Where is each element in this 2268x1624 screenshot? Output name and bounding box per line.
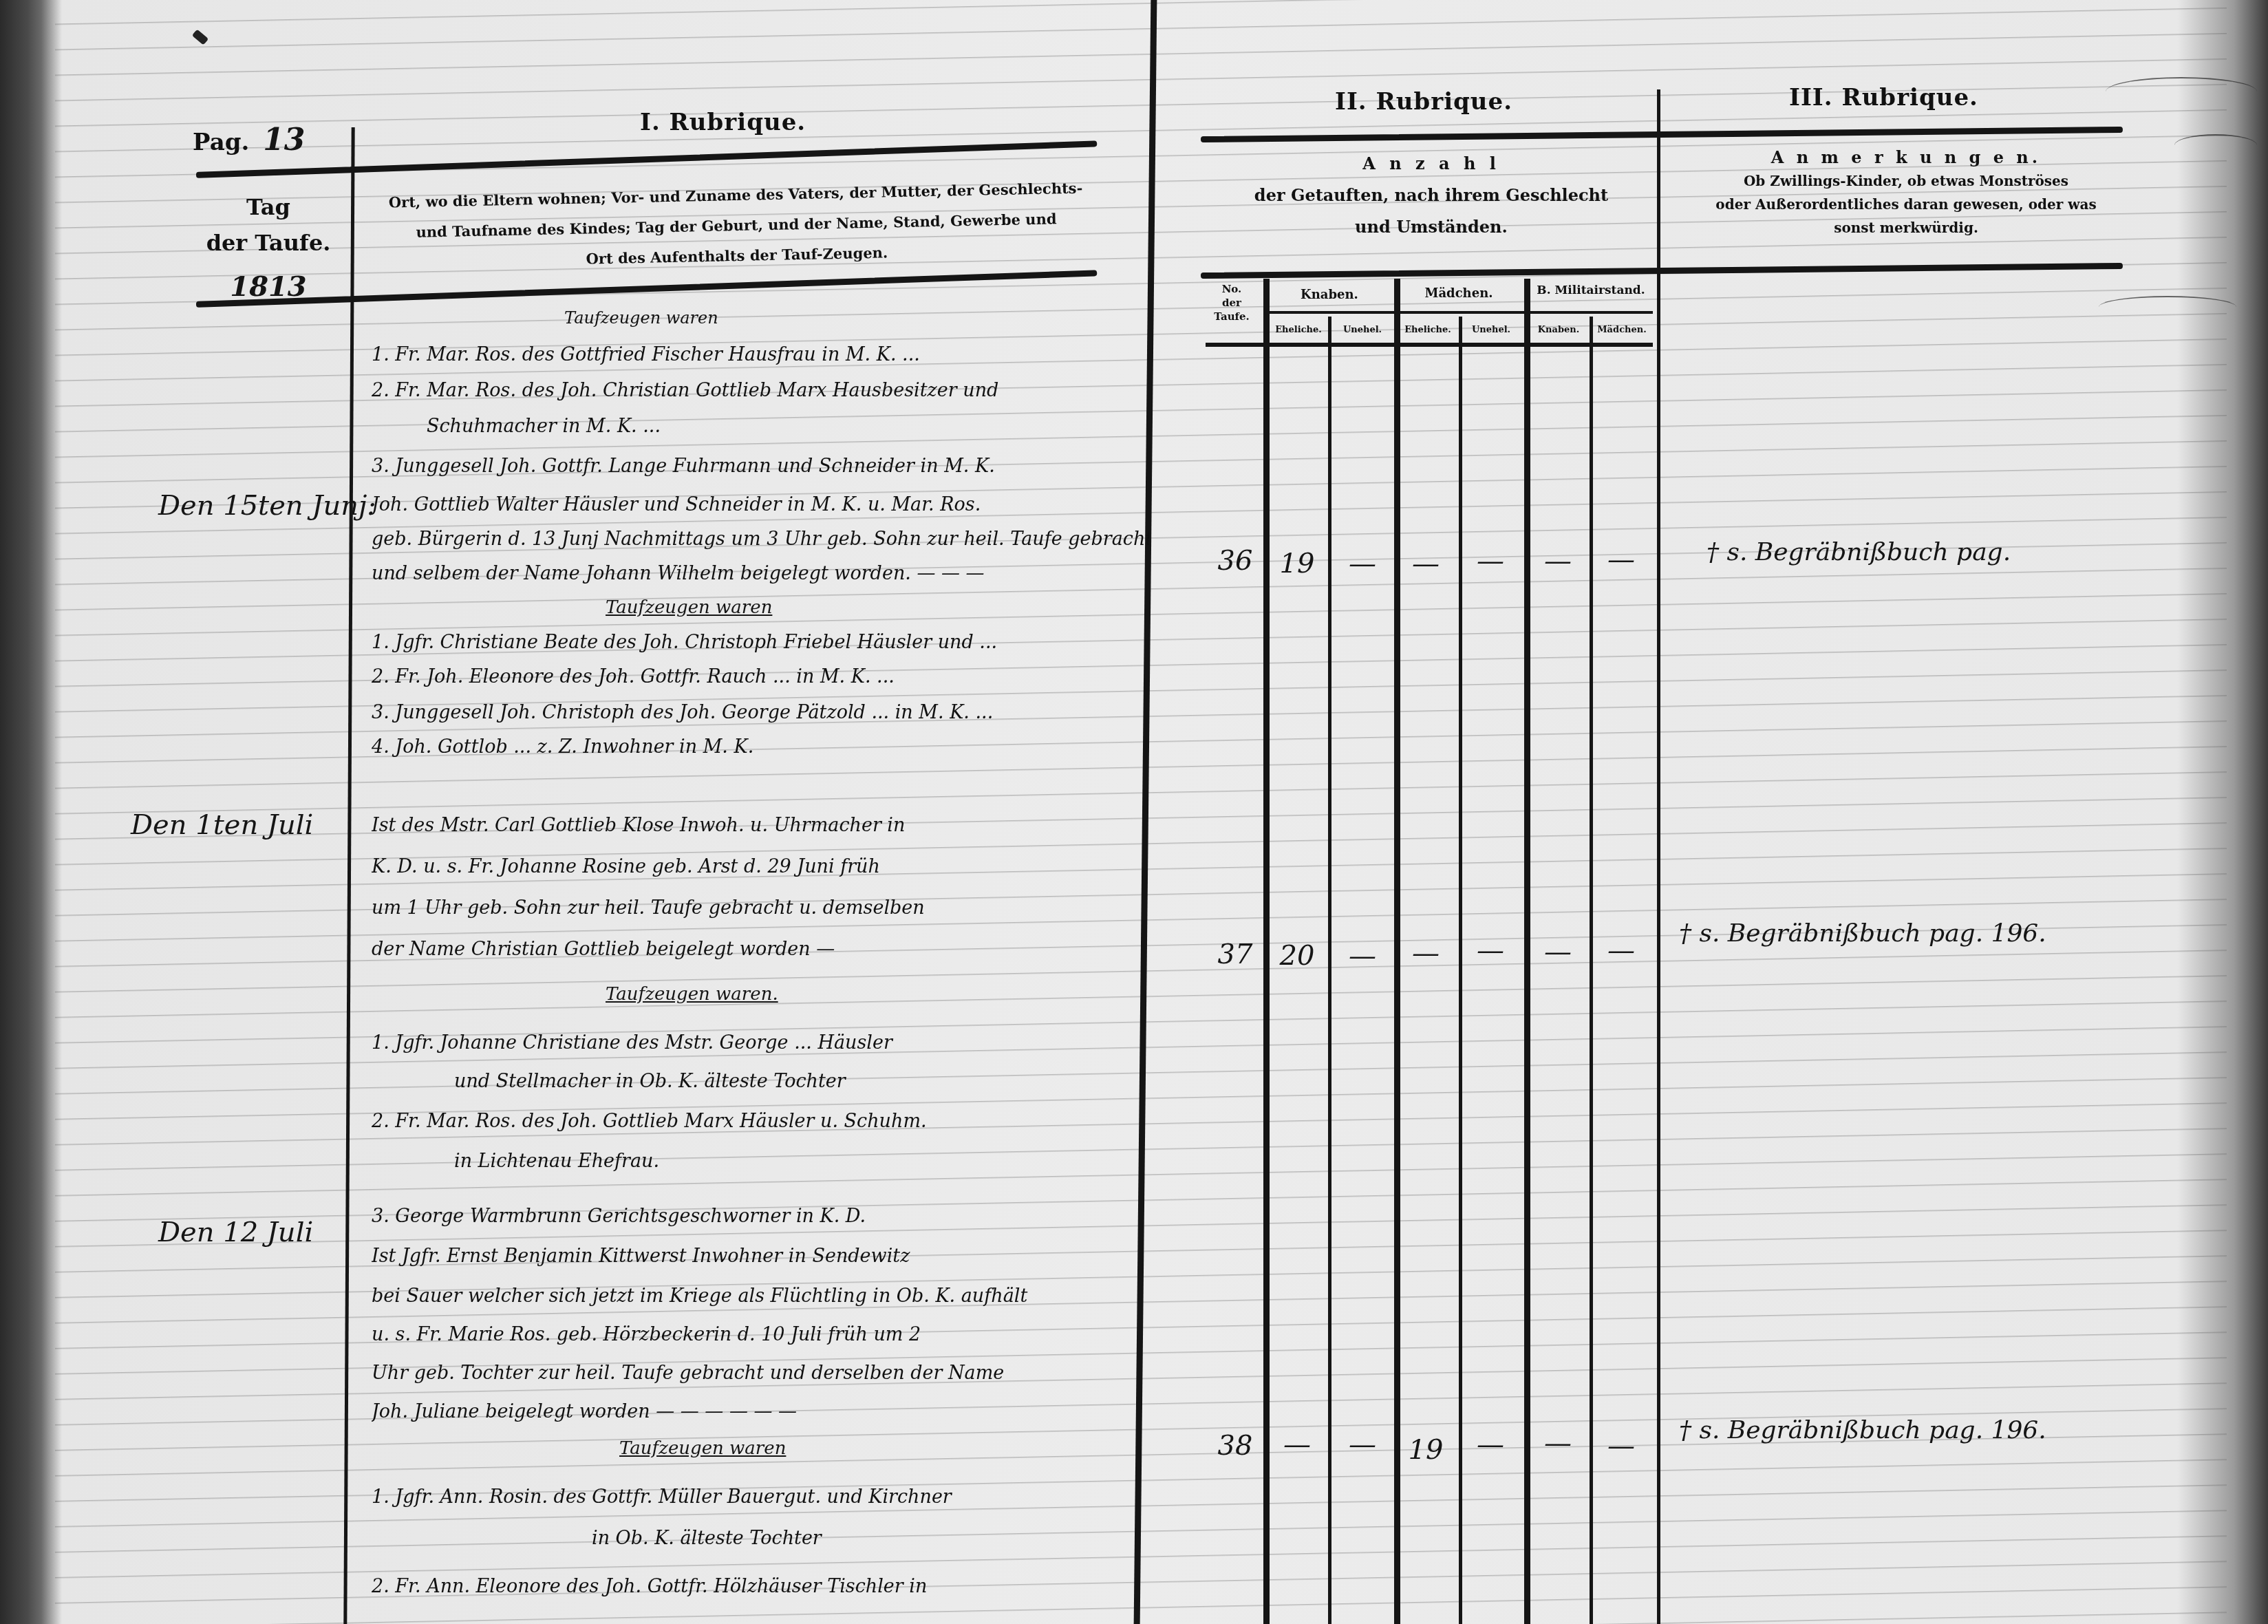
rubrique-2-desc-line-2: der Getauften, nach ihrem Geschlecht	[1211, 180, 1651, 211]
count-maedchen-unehel: —	[1463, 1429, 1518, 1460]
count-mil-maedchen: —	[1594, 934, 1649, 966]
count-maedchen-ehel: —	[1398, 937, 1453, 969]
rubrique-1-description: Ort, wo die Eltern wohnen; Vor- und Zuna…	[371, 173, 1102, 279]
rubrique-2-description: A n z a h l der Getauften, nach ihrem Ge…	[1211, 148, 1651, 243]
entry-line: und selbem der Name Johann Wilhelm beige…	[372, 563, 1149, 584]
entry-line: 2. Fr. Mar. Ros. des Joh. Christian Gott…	[372, 380, 1149, 401]
entry-date: Den 12 Juli	[158, 1217, 313, 1248]
rubrique-2-title: II. Rubrique.	[1335, 88, 1512, 116]
entry-line: 1. Fr. Mar. Ros. des Gottfried Fischer H…	[372, 344, 1149, 365]
entry-line: geb. Bürgerin d. 13 Junj Nachmittags um …	[372, 528, 1149, 550]
baptism-number: 37	[1208, 939, 1263, 970]
count-knaben-unehel: —	[1335, 1429, 1390, 1460]
col-militair-header: B. Militairstand.	[1526, 284, 1656, 297]
rubrique-3-desc-line-1: A n m e r k u n g e n.	[1679, 146, 2133, 169]
entry-line: 3. Junggesell Joh. Gottfr. Lange Fuhrman…	[372, 456, 1149, 477]
remark-burial-reference: † s. Begräbnißbuch pag. 196.	[1679, 919, 2046, 948]
entry-line: 2. Fr. Joh. Eleonore des Joh. Gottfr. Ra…	[372, 666, 1149, 687]
count-maedchen-unehel: —	[1463, 545, 1518, 577]
count-knaben-ehel: 19	[1270, 548, 1325, 579]
col-mil-knaben: Knaben.	[1528, 325, 1590, 335]
entry-line: Taufzeugen waren	[564, 308, 1342, 328]
entry-line: Schuhmacher in M. K. ...	[427, 416, 1204, 437]
rubrique-3-description: A n m e r k u n g e n. Ob Zwillings-Kind…	[1679, 146, 2133, 239]
page-label-block: Pag. 13	[193, 122, 305, 158]
col-maedchen-ehel: Eheliche.	[1397, 325, 1459, 335]
rubrique-3-desc-line-4: sonst merkwürdig.	[1679, 216, 2133, 239]
date-column-header: Tag der Taufe. 1813	[196, 189, 341, 305]
count-mil-knaben: —	[1530, 1427, 1585, 1459]
entry-line: 1. Jgfr. Christiane Beate des Joh. Chris…	[372, 632, 1149, 653]
page-label: Pag.	[193, 129, 249, 156]
date-header-line-1: Tag	[196, 189, 341, 225]
entry-line: u. s. Fr. Marie Ros. geb. Hörzbeckerin d…	[372, 1324, 1149, 1345]
rubrique-2-desc-line-3: und Umständen.	[1211, 211, 1651, 243]
witnesses-heading: Taufzeugen waren	[619, 1438, 786, 1459]
entry-line: in Ob. K. älteste Tochter	[592, 1528, 1369, 1549]
rubrique-3-desc-line-2: Ob Zwillings-Kinder, ob etwas Monströses	[1679, 169, 2133, 193]
remark-burial-reference: † s. Begräbnißbuch pag.	[1707, 538, 2011, 566]
count-mil-knaben: —	[1530, 936, 1585, 968]
table-header-bottom-rule	[1206, 343, 1653, 347]
entry-line: Uhr geb. Tochter zur heil. Taufe gebrach…	[372, 1363, 1149, 1384]
col-maedchen-unehel: Unehel.	[1460, 325, 1522, 335]
date-header-line-2: der Taufe.	[196, 225, 341, 261]
entry-line: 1. Jgfr. Ann. Rosin. des Gottfr. Müller …	[372, 1486, 1149, 1508]
col-no-line-2: der	[1204, 296, 1259, 310]
entry-line: 3. Junggesell Joh. Christoph des Joh. Ge…	[372, 702, 1149, 723]
entry-line: Joh. Juliane beigelegt worden — — — — — …	[372, 1401, 1149, 1422]
witnesses-heading: Taufzeugen waren	[606, 597, 772, 618]
entry-line: Ist Jgfr. Ernst Benjamin Kittwerst Inwoh…	[372, 1246, 1149, 1267]
remark-burial-reference: † s. Begräbnißbuch pag. 196.	[1679, 1416, 2046, 1444]
col-line-2	[1328, 317, 1331, 1624]
count-maedchen-ehel: —	[1398, 548, 1453, 579]
col-no-line-1: No.	[1204, 282, 1259, 296]
entry-line: 2. Fr. Mar. Ros. des Joh. Gottlieb Marx …	[372, 1111, 1149, 1132]
col-mil-maedchen: Mädchen.	[1591, 325, 1653, 335]
baptism-number: 36	[1208, 545, 1263, 577]
paper-fiber	[2106, 77, 2257, 106]
count-maedchen-unehel: —	[1463, 934, 1518, 966]
remarks-column-divider	[1657, 89, 1660, 1624]
count-mil-knaben: —	[1530, 545, 1585, 577]
baptism-number: 38	[1208, 1430, 1263, 1462]
col-line-4	[1459, 317, 1462, 1624]
entry-line: 3. George Warmbrunn Gerichtsgeschworner …	[372, 1206, 1149, 1227]
rubrique-2-desc-line-1: A n z a h l	[1211, 148, 1651, 180]
rubrique-1-title: I. Rubrique.	[640, 109, 806, 136]
entry-line: Joh. Gottlieb Walter Häusler und Schneid…	[372, 494, 1149, 515]
entry-line: K. D. u. s. Fr. Johanne Rosine geb. Arst…	[372, 856, 1149, 877]
count-maedchen-ehel: 19	[1398, 1434, 1453, 1466]
rubrique-3-title: III. Rubrique.	[1789, 84, 1978, 111]
entry-date: Den 15ten Junj:	[158, 490, 376, 522]
entry-line: 1. Jgfr. Johanne Christiane des Mstr. Ge…	[372, 1032, 1149, 1054]
entry-line: um 1 Uhr geb. Sohn zur heil. Taufe gebra…	[372, 897, 1149, 919]
entry-line: bei Sauer welcher sich jetzt im Kriege a…	[372, 1285, 1149, 1307]
entry-line: Ist des Mstr. Carl Gottlieb Klose Inwoh.…	[372, 815, 1149, 836]
count-knaben-ehel: —	[1270, 1429, 1325, 1460]
entry-line: und Stellmacher in Ob. K. älteste Tochte…	[454, 1071, 1232, 1092]
col-line-6	[1590, 317, 1593, 1624]
count-knaben-ehel: 20	[1270, 940, 1325, 972]
entry-date: Den 1ten Juli	[131, 809, 313, 841]
col-line-1	[1263, 279, 1270, 1624]
entry-line: der Name Christian Gottlieb beigelegt wo…	[372, 939, 1149, 960]
page-number: 13	[263, 122, 305, 158]
count-mil-maedchen: —	[1594, 1430, 1649, 1462]
col-knaben-header: Knaben.	[1267, 288, 1391, 302]
count-mil-maedchen: —	[1594, 544, 1649, 575]
entry-line: 4. Joh. Gottlob ... z. Z. Inwohner in M.…	[372, 736, 1149, 758]
paper-fiber	[2174, 134, 2257, 156]
col-line-5	[1524, 279, 1530, 1624]
paper-fiber	[2099, 296, 2236, 318]
rubrique-3-desc-line-3: oder Außerordentliches daran gewesen, od…	[1679, 193, 2133, 216]
count-knaben-unehel: —	[1335, 548, 1390, 579]
entry-line: in Lichtenau Ehefrau.	[454, 1151, 1232, 1172]
col-maedchen-header: Mädchen.	[1397, 286, 1521, 301]
register-page: Pag. 13 I. Rubrique. Tag der Taufe. 1813…	[0, 0, 2268, 1624]
witnesses-heading: Taufzeugen waren.	[606, 984, 778, 1005]
count-knaben-unehel: —	[1335, 940, 1390, 972]
entry-line: 2. Fr. Ann. Eleonore des Joh. Gottfr. Hö…	[372, 1576, 1149, 1597]
